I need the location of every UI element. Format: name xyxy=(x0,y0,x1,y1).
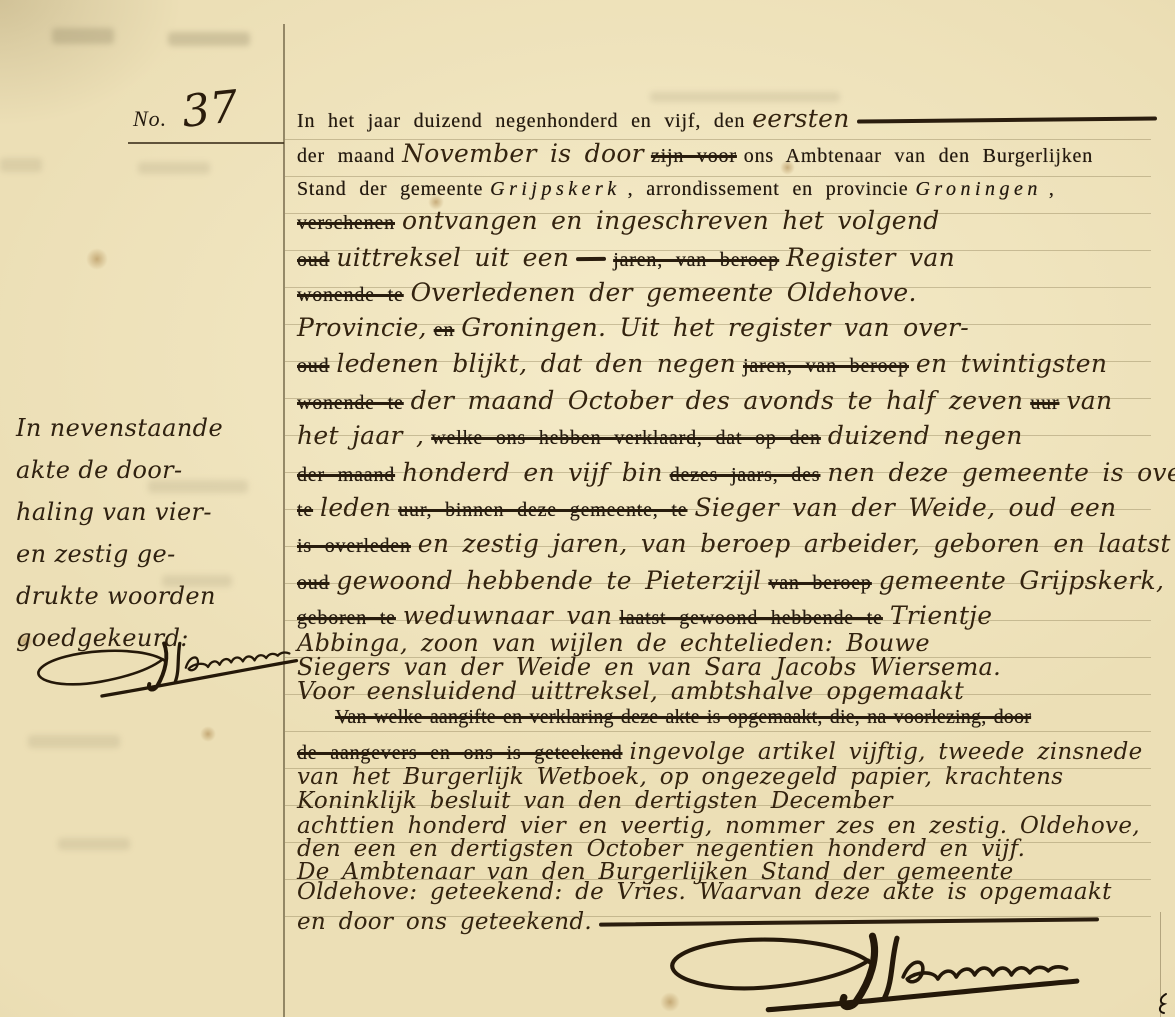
body-line-3: Stand der gemeenteGrijpskerk, arrondisse… xyxy=(297,178,1062,201)
body-line-12: teledenuur, binnen deze gemeente, teSieg… xyxy=(297,493,1123,522)
struck-printed-text: van beroep xyxy=(768,572,871,594)
printed-place-name: Grijpskerk xyxy=(490,178,621,200)
struck-printed-text: verschenen xyxy=(297,212,395,234)
handwritten-text: Groningen. Uit het register van over- xyxy=(461,313,969,342)
bleed-through-mark xyxy=(138,162,210,174)
printed-text: , arrondissement en provincie xyxy=(628,178,909,200)
body-line-22: Koninklijk besluit van den dertigsten De… xyxy=(297,788,900,814)
struck-printed-text: der maand xyxy=(297,464,395,486)
handwritten-text: ontvangen en ingeschreven het volgend xyxy=(402,206,940,235)
struck-printed-text: te xyxy=(297,499,313,521)
bleed-through-mark xyxy=(168,32,250,46)
handwritten-text: en door ons geteekend. xyxy=(297,909,592,935)
handwritten-text: weduwnaar van xyxy=(403,601,613,630)
struck-printed-text: en xyxy=(434,319,454,341)
handwritten-text: het jaar , xyxy=(297,421,424,450)
struck-printed-text: uur xyxy=(1030,392,1059,414)
body-line-4: verschenenontvangen en ingeschreven het … xyxy=(297,206,947,235)
handwritten-text: honderd en vijf bin xyxy=(402,458,663,487)
bleed-through-mark xyxy=(28,735,120,748)
handwritten-text: Overledenen der gemeente Oldehove. xyxy=(411,278,917,307)
struck-printed-text: oud xyxy=(297,355,329,377)
body-line-10: het jaar ,welke ons hebben verklaard, da… xyxy=(297,421,1030,450)
body-line-8: oudledenen blijkt, dat den negenjaren, v… xyxy=(297,349,1114,378)
body-line-1: In het jaar duizend negenhonderd en vijf… xyxy=(297,104,1164,133)
margin-note-line: en zestig ge- xyxy=(16,540,284,568)
handwritten-text: en zestig jaren, van beroep arbeider, ge… xyxy=(418,529,1171,558)
handwritten-text: Oldehove: geteekend: de Vries. Waarvan d… xyxy=(297,879,1112,905)
margin-note-line: akte de door- xyxy=(16,456,284,484)
margin-note-line: drukte woorden xyxy=(16,582,284,610)
margin-note-line: In nevenstaande xyxy=(16,414,284,442)
handwritten-text: Register van xyxy=(786,243,955,272)
struck-printed-text: welke ons hebben verklaard, dat op den xyxy=(431,427,821,449)
struck-printed-text: wonende te xyxy=(297,284,404,306)
margin-approval-note: In nevenstaande akte de door- haling van… xyxy=(16,414,284,666)
struck-printed-text: jaren, van beroep xyxy=(743,355,909,377)
struck-printed-text: Van welke aangifte en verklaring deze ak… xyxy=(335,706,1031,728)
body-line-11: der maandhonderd en vijf bindezes jaars,… xyxy=(297,458,1175,487)
handwritten-text: gewoond hebbende te Pieterzijl xyxy=(336,566,761,595)
body-line-14: oudgewoond hebbende te Pieterzijlvan ber… xyxy=(297,566,1171,595)
struck-printed-text: oud xyxy=(297,249,329,271)
bleed-through-mark xyxy=(650,92,840,102)
handwritten-text: gemeente Grijpskerk, xyxy=(879,566,1164,595)
body-line-6: wonende teOverledenen der gemeente Oldeh… xyxy=(297,278,924,307)
act-number-underline xyxy=(128,142,284,144)
death-record-scan: No. 37 In nevenstaande akte de door- hal… xyxy=(0,0,1175,1017)
handwritten-text: der maand October des avonds te half zev… xyxy=(411,386,1024,415)
foxing-spot xyxy=(200,726,216,742)
handwritten-text: en twintigsten xyxy=(916,349,1107,378)
printed-text: , xyxy=(1049,178,1055,200)
struck-printed-text: wonende te xyxy=(297,392,404,414)
body-line-19: Van welke aangifte en verklaring deze ak… xyxy=(335,706,1038,729)
handwritten-text: van het Burgerlijk Wetboek, op ongezegel… xyxy=(297,764,1063,790)
struck-printed-text: dezes jaars, des xyxy=(670,464,821,486)
handwritten-text: Voor eensluidend uittreksel, ambtshalve … xyxy=(297,677,964,705)
struck-printed-text: jaren, van beroep xyxy=(613,249,779,271)
handwritten-text: Koninklijk besluit van den dertigsten De… xyxy=(297,788,893,814)
bleed-through-mark xyxy=(58,838,130,850)
foxing-spot xyxy=(86,248,108,270)
printed-place-name: Groningen xyxy=(915,178,1041,200)
ink-dash xyxy=(857,116,1157,123)
printed-text: der maand xyxy=(297,145,395,167)
body-line-7: Provincie,enGroningen. Uit het register … xyxy=(297,313,976,342)
bleed-through-mark xyxy=(0,158,42,172)
printed-text: In het jaar duizend negenhonderd en vijf… xyxy=(297,110,745,132)
official-signature xyxy=(615,930,1085,1017)
printed-text: Stand der gemeente xyxy=(297,178,483,200)
body-line-2: der maandNovember is doorzijn voorons Am… xyxy=(297,139,1100,168)
struck-printed-text: uur, binnen deze gemeente, te xyxy=(398,499,687,521)
handwritten-text: November is door xyxy=(402,139,644,168)
body-line-13: is overledenen zestig jaren, van beroep … xyxy=(297,529,1175,558)
struck-printed-text: oud xyxy=(297,572,329,594)
handwritten-text: eersten xyxy=(752,104,849,133)
body-line-18: Voor eensluidend uittreksel, ambtshalve … xyxy=(297,677,971,705)
bleed-through-mark xyxy=(52,28,114,44)
body-line-20: de aangevers en ons is geteekendingevolg… xyxy=(297,739,1150,765)
struck-printed-text: de aangevers en ons is geteekend xyxy=(297,742,623,764)
handwritten-text: van xyxy=(1066,386,1112,415)
struck-printed-text: is overleden xyxy=(297,535,411,557)
handwritten-text: ingevolge artikel vijftig, tweede zinsne… xyxy=(630,739,1143,765)
handwritten-text: nen deze gemeente is over- xyxy=(827,458,1175,487)
handwritten-text: ledenen blijkt, dat den negen xyxy=(336,349,736,378)
struck-printed-text: geboren te xyxy=(297,607,396,629)
handwritten-text: uittreksel uit een xyxy=(336,243,569,272)
handwritten-text: leden xyxy=(320,493,391,522)
ink-dash xyxy=(599,917,1099,926)
handwritten-text: Trientje xyxy=(890,601,993,630)
margin-note-line: haling van vier- xyxy=(16,498,284,526)
handwritten-text: duizend negen xyxy=(828,421,1023,450)
body-line-9: wonende teder maand October des avonds t… xyxy=(297,386,1119,415)
printed-text: ons Ambtenaar van den Burgerlijken xyxy=(744,145,1093,167)
ink-dash xyxy=(576,257,606,261)
act-number-label: No. xyxy=(133,106,167,132)
act-number-value: 37 xyxy=(179,81,240,138)
struck-printed-text: zijn voor xyxy=(651,145,737,167)
body-line-15: geboren teweduwnaar vanlaatst gewoond he… xyxy=(297,601,999,630)
body-line-5: ouduittreksel uit eenjaren, van beroepRe… xyxy=(297,243,962,272)
handwritten-text: Provincie, xyxy=(297,313,427,342)
corner-ink-mark xyxy=(1156,992,1170,1017)
struck-printed-text: laatst gewoond hebbende te xyxy=(619,607,882,629)
body-line-21: van het Burgerlijk Wetboek, op ongezegel… xyxy=(297,764,1070,790)
handwritten-text: Sieger van der Weide, oud een xyxy=(694,493,1116,522)
body-line-26: Oldehove: geteekend: de Vries. Waarvan d… xyxy=(297,879,1119,905)
